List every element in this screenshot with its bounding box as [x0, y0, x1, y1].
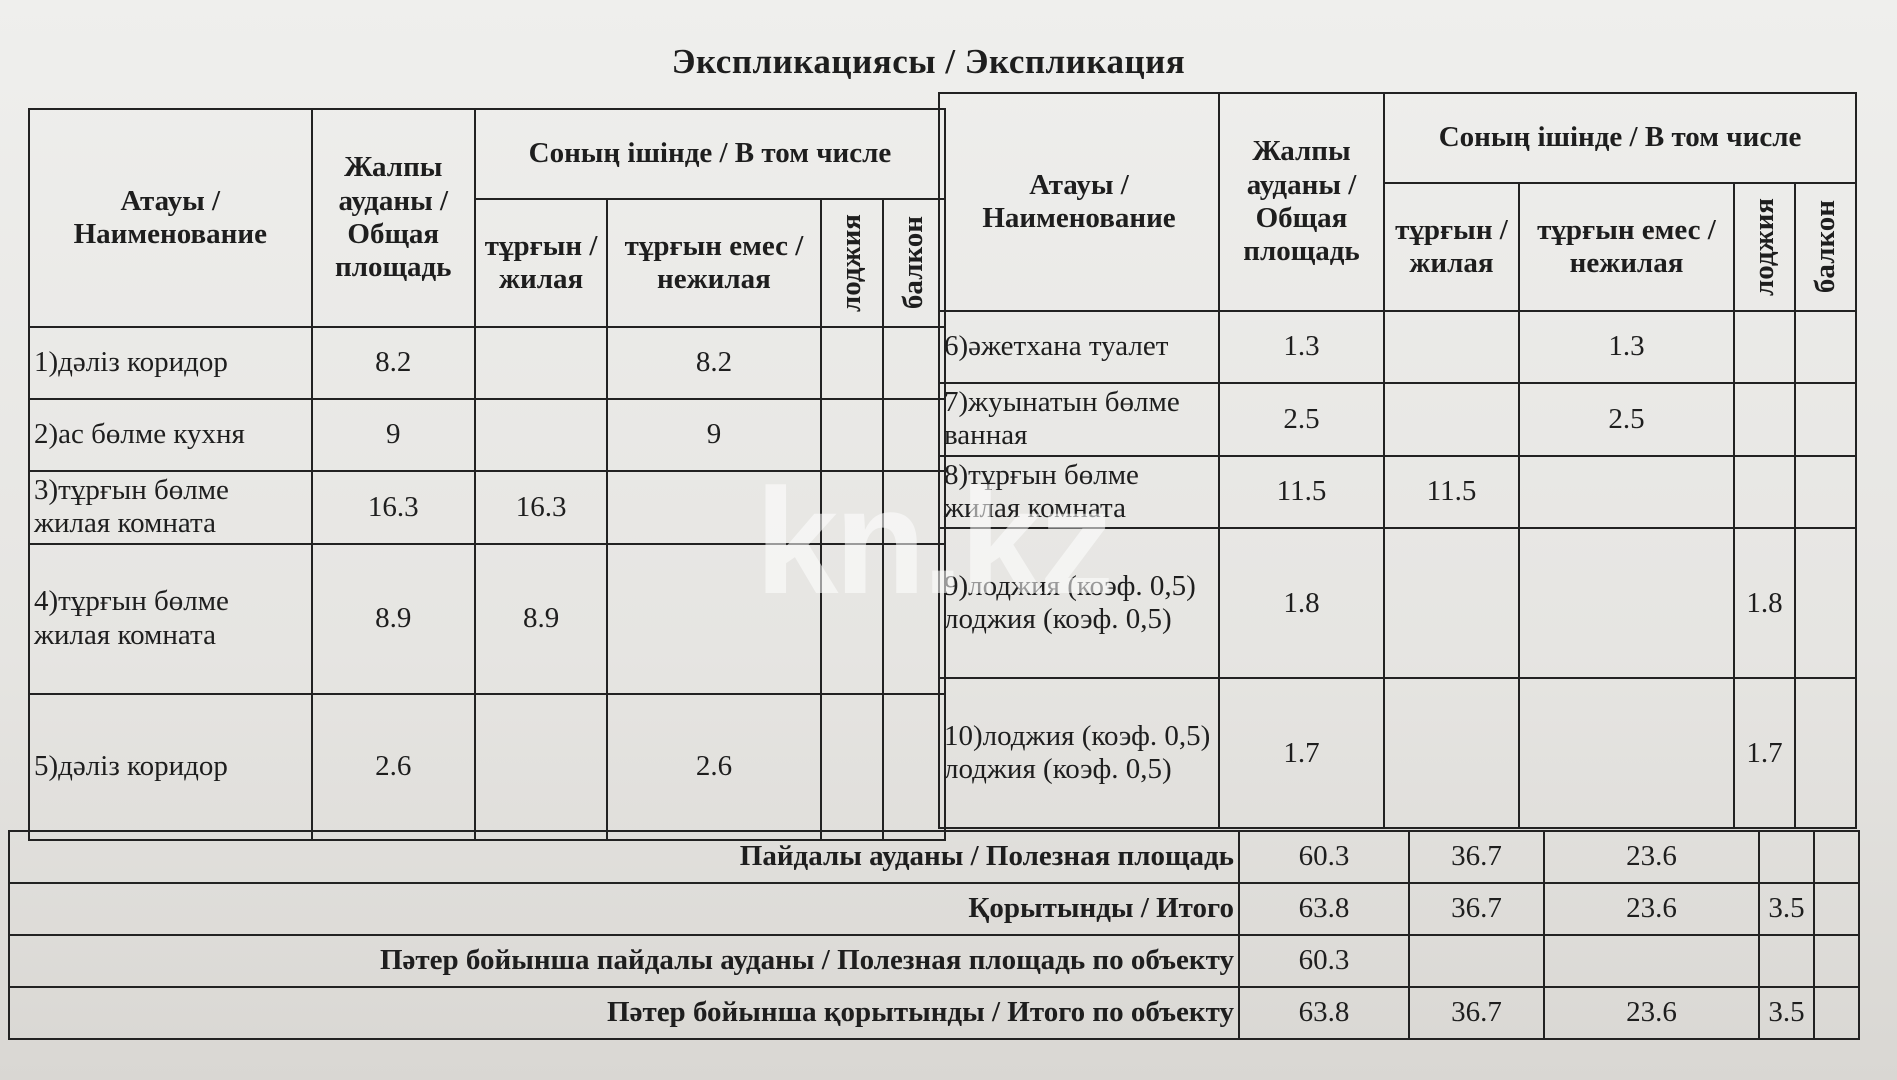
balcony-area-cell	[1795, 528, 1856, 678]
loggia-area-cell: 3.5	[1759, 987, 1814, 1039]
loggia-area-cell	[821, 471, 883, 544]
table-row: 6)әжетхана туалет1.31.3	[939, 311, 1856, 383]
header-name: Атауы / Наименование	[29, 109, 312, 327]
summary-row: Қорытынды / Итого63.836.723.63.5	[9, 883, 1859, 935]
room-name-cell: 5)дәліз коридор	[29, 694, 312, 840]
table-row: 3)тұрғын бөлме жилая комната16.316.3	[29, 471, 945, 544]
residential-area-cell	[475, 399, 607, 471]
loggia-area-cell	[821, 399, 883, 471]
residential-area-cell: 11.5	[1384, 456, 1519, 529]
loggia-area-cell	[1734, 311, 1795, 383]
total-area-cell: 8.9	[312, 544, 475, 694]
header-balcony: балкон	[883, 199, 945, 327]
total-area-cell: 63.8	[1239, 987, 1409, 1039]
room-name-cell: 7)жуынатын бөлме ванная	[939, 383, 1219, 456]
balcony-area-cell	[1795, 678, 1856, 828]
non-residential-area-cell	[1519, 456, 1734, 529]
table-row: 9)лоджия (коэф. 0,5) лоджия (коэф. 0,5)1…	[939, 528, 1856, 678]
balcony-area-cell	[883, 544, 945, 694]
header-non-residential: тұрғын емес / нежилая	[607, 199, 820, 327]
header-balcony: балкон	[1795, 183, 1856, 311]
summary-label-cell: Пәтер бойынша қорытынды / Итого по объек…	[9, 987, 1239, 1039]
residential-area-cell: 36.7	[1409, 987, 1544, 1039]
summary-label-cell: Қорытынды / Итого	[9, 883, 1239, 935]
total-area-cell: 8.2	[312, 327, 475, 399]
table-row: 2)ас бөлме кухня99	[29, 399, 945, 471]
balcony-area-cell	[883, 694, 945, 840]
residential-area-cell: 36.7	[1409, 831, 1544, 883]
explication-table-right: Атауы / Наименование Жалпы ауданы / Обща…	[938, 92, 1857, 829]
loggia-area-cell	[1759, 935, 1814, 987]
room-name-cell: 8)тұрғын бөлме жилая комната	[939, 456, 1219, 529]
loggia-area-cell	[821, 544, 883, 694]
header-total-area: Жалпы ауданы / Общая площадь	[1219, 93, 1384, 311]
non-residential-area-cell	[607, 544, 820, 694]
non-residential-area-cell: 23.6	[1544, 883, 1759, 935]
balcony-area-cell	[1814, 987, 1859, 1039]
header-non-residential: тұрғын емес / нежилая	[1519, 183, 1734, 311]
loggia-area-cell	[821, 327, 883, 399]
non-residential-area-cell: 2.5	[1519, 383, 1734, 456]
balcony-area-cell	[883, 471, 945, 544]
residential-area-cell	[475, 694, 607, 840]
explication-table-left: Атауы / Наименование Жалпы ауданы / Обща…	[28, 108, 946, 841]
total-area-cell: 1.8	[1219, 528, 1384, 678]
residential-area-cell	[1384, 528, 1519, 678]
non-residential-area-cell: 2.6	[607, 694, 820, 840]
residential-area-cell: 36.7	[1409, 883, 1544, 935]
table-row: 8)тұрғын бөлме жилая комната11.511.5	[939, 456, 1856, 529]
total-area-cell: 60.3	[1239, 831, 1409, 883]
total-area-cell: 63.8	[1239, 883, 1409, 935]
balcony-area-cell	[1814, 831, 1859, 883]
room-name-cell: 4)тұрғын бөлме жилая комната	[29, 544, 312, 694]
total-area-cell: 60.3	[1239, 935, 1409, 987]
balcony-area-cell	[883, 327, 945, 399]
non-residential-area-cell: 23.6	[1544, 987, 1759, 1039]
room-name-cell: 1)дәліз коридор	[29, 327, 312, 399]
residential-area-cell	[1384, 678, 1519, 828]
residential-area-cell	[475, 327, 607, 399]
non-residential-area-cell: 23.6	[1544, 831, 1759, 883]
balcony-area-cell	[1814, 935, 1859, 987]
header-residential: тұрғын / жилая	[1384, 183, 1519, 311]
table-row: 4)тұрғын бөлме жилая комната8.98.9	[29, 544, 945, 694]
balcony-area-cell	[1814, 883, 1859, 935]
room-name-cell: 2)ас бөлме кухня	[29, 399, 312, 471]
room-name-cell: 9)лоджия (коэф. 0,5) лоджия (коэф. 0,5)	[939, 528, 1219, 678]
header-including: Соның ішінде / В том числе	[1384, 93, 1856, 183]
residential-area-cell: 8.9	[475, 544, 607, 694]
table-row: 7)жуынатын бөлме ванная2.52.5	[939, 383, 1856, 456]
total-area-cell: 2.5	[1219, 383, 1384, 456]
room-name-cell: 3)тұрғын бөлме жилая комната	[29, 471, 312, 544]
total-area-cell: 1.7	[1219, 678, 1384, 828]
total-area-cell: 11.5	[1219, 456, 1384, 529]
header-total-area: Жалпы ауданы / Общая площадь	[312, 109, 475, 327]
total-area-cell: 2.6	[312, 694, 475, 840]
non-residential-area-cell	[1519, 678, 1734, 828]
summary-label-cell: Пайдалы ауданы / Полезная площадь	[9, 831, 1239, 883]
total-area-cell: 1.3	[1219, 311, 1384, 383]
loggia-area-cell	[1734, 456, 1795, 529]
balcony-area-cell	[883, 399, 945, 471]
non-residential-area-cell: 8.2	[607, 327, 820, 399]
loggia-area-cell	[1759, 831, 1814, 883]
residential-area-cell	[1384, 383, 1519, 456]
non-residential-area-cell	[1519, 528, 1734, 678]
table-row: 1)дәліз коридор8.28.2	[29, 327, 945, 399]
non-residential-area-cell: 9	[607, 399, 820, 471]
table-row: 10)лоджия (коэф. 0,5) лоджия (коэф. 0,5)…	[939, 678, 1856, 828]
loggia-area-cell: 3.5	[1759, 883, 1814, 935]
table-row: 5)дәліз коридор2.62.6	[29, 694, 945, 840]
room-name-cell: 10)лоджия (коэф. 0,5) лоджия (коэф. 0,5)	[939, 678, 1219, 828]
balcony-area-cell	[1795, 311, 1856, 383]
header-loggia: лоджия	[821, 199, 883, 327]
residential-area-cell	[1384, 311, 1519, 383]
balcony-area-cell	[1795, 383, 1856, 456]
header-loggia: лоджия	[1734, 183, 1795, 311]
summary-table: Пайдалы ауданы / Полезная площадь60.336.…	[8, 830, 1860, 1040]
loggia-area-cell: 1.7	[1734, 678, 1795, 828]
header-residential: тұрғын / жилая	[475, 199, 607, 327]
non-residential-area-cell: 1.3	[1519, 311, 1734, 383]
balcony-area-cell	[1795, 456, 1856, 529]
loggia-area-cell	[821, 694, 883, 840]
residential-area-cell: 16.3	[475, 471, 607, 544]
summary-row: Пәтер бойынша қорытынды / Итого по объек…	[9, 987, 1859, 1039]
header-including: Соның ішінде / В том числе	[475, 109, 945, 199]
residential-area-cell	[1409, 935, 1544, 987]
summary-label-cell: Пәтер бойынша пайдалы ауданы / Полезная …	[9, 935, 1239, 987]
header-name: Атауы / Наименование	[939, 93, 1219, 311]
loggia-area-cell	[1734, 383, 1795, 456]
total-area-cell: 16.3	[312, 471, 475, 544]
loggia-area-cell: 1.8	[1734, 528, 1795, 678]
non-residential-area-cell	[1544, 935, 1759, 987]
document-title: Экспликациясы / Экспликация	[0, 42, 1877, 82]
non-residential-area-cell	[607, 471, 820, 544]
summary-row: Пайдалы ауданы / Полезная площадь60.336.…	[9, 831, 1859, 883]
total-area-cell: 9	[312, 399, 475, 471]
room-name-cell: 6)әжетхана туалет	[939, 311, 1219, 383]
summary-row: Пәтер бойынша пайдалы ауданы / Полезная …	[9, 935, 1859, 987]
